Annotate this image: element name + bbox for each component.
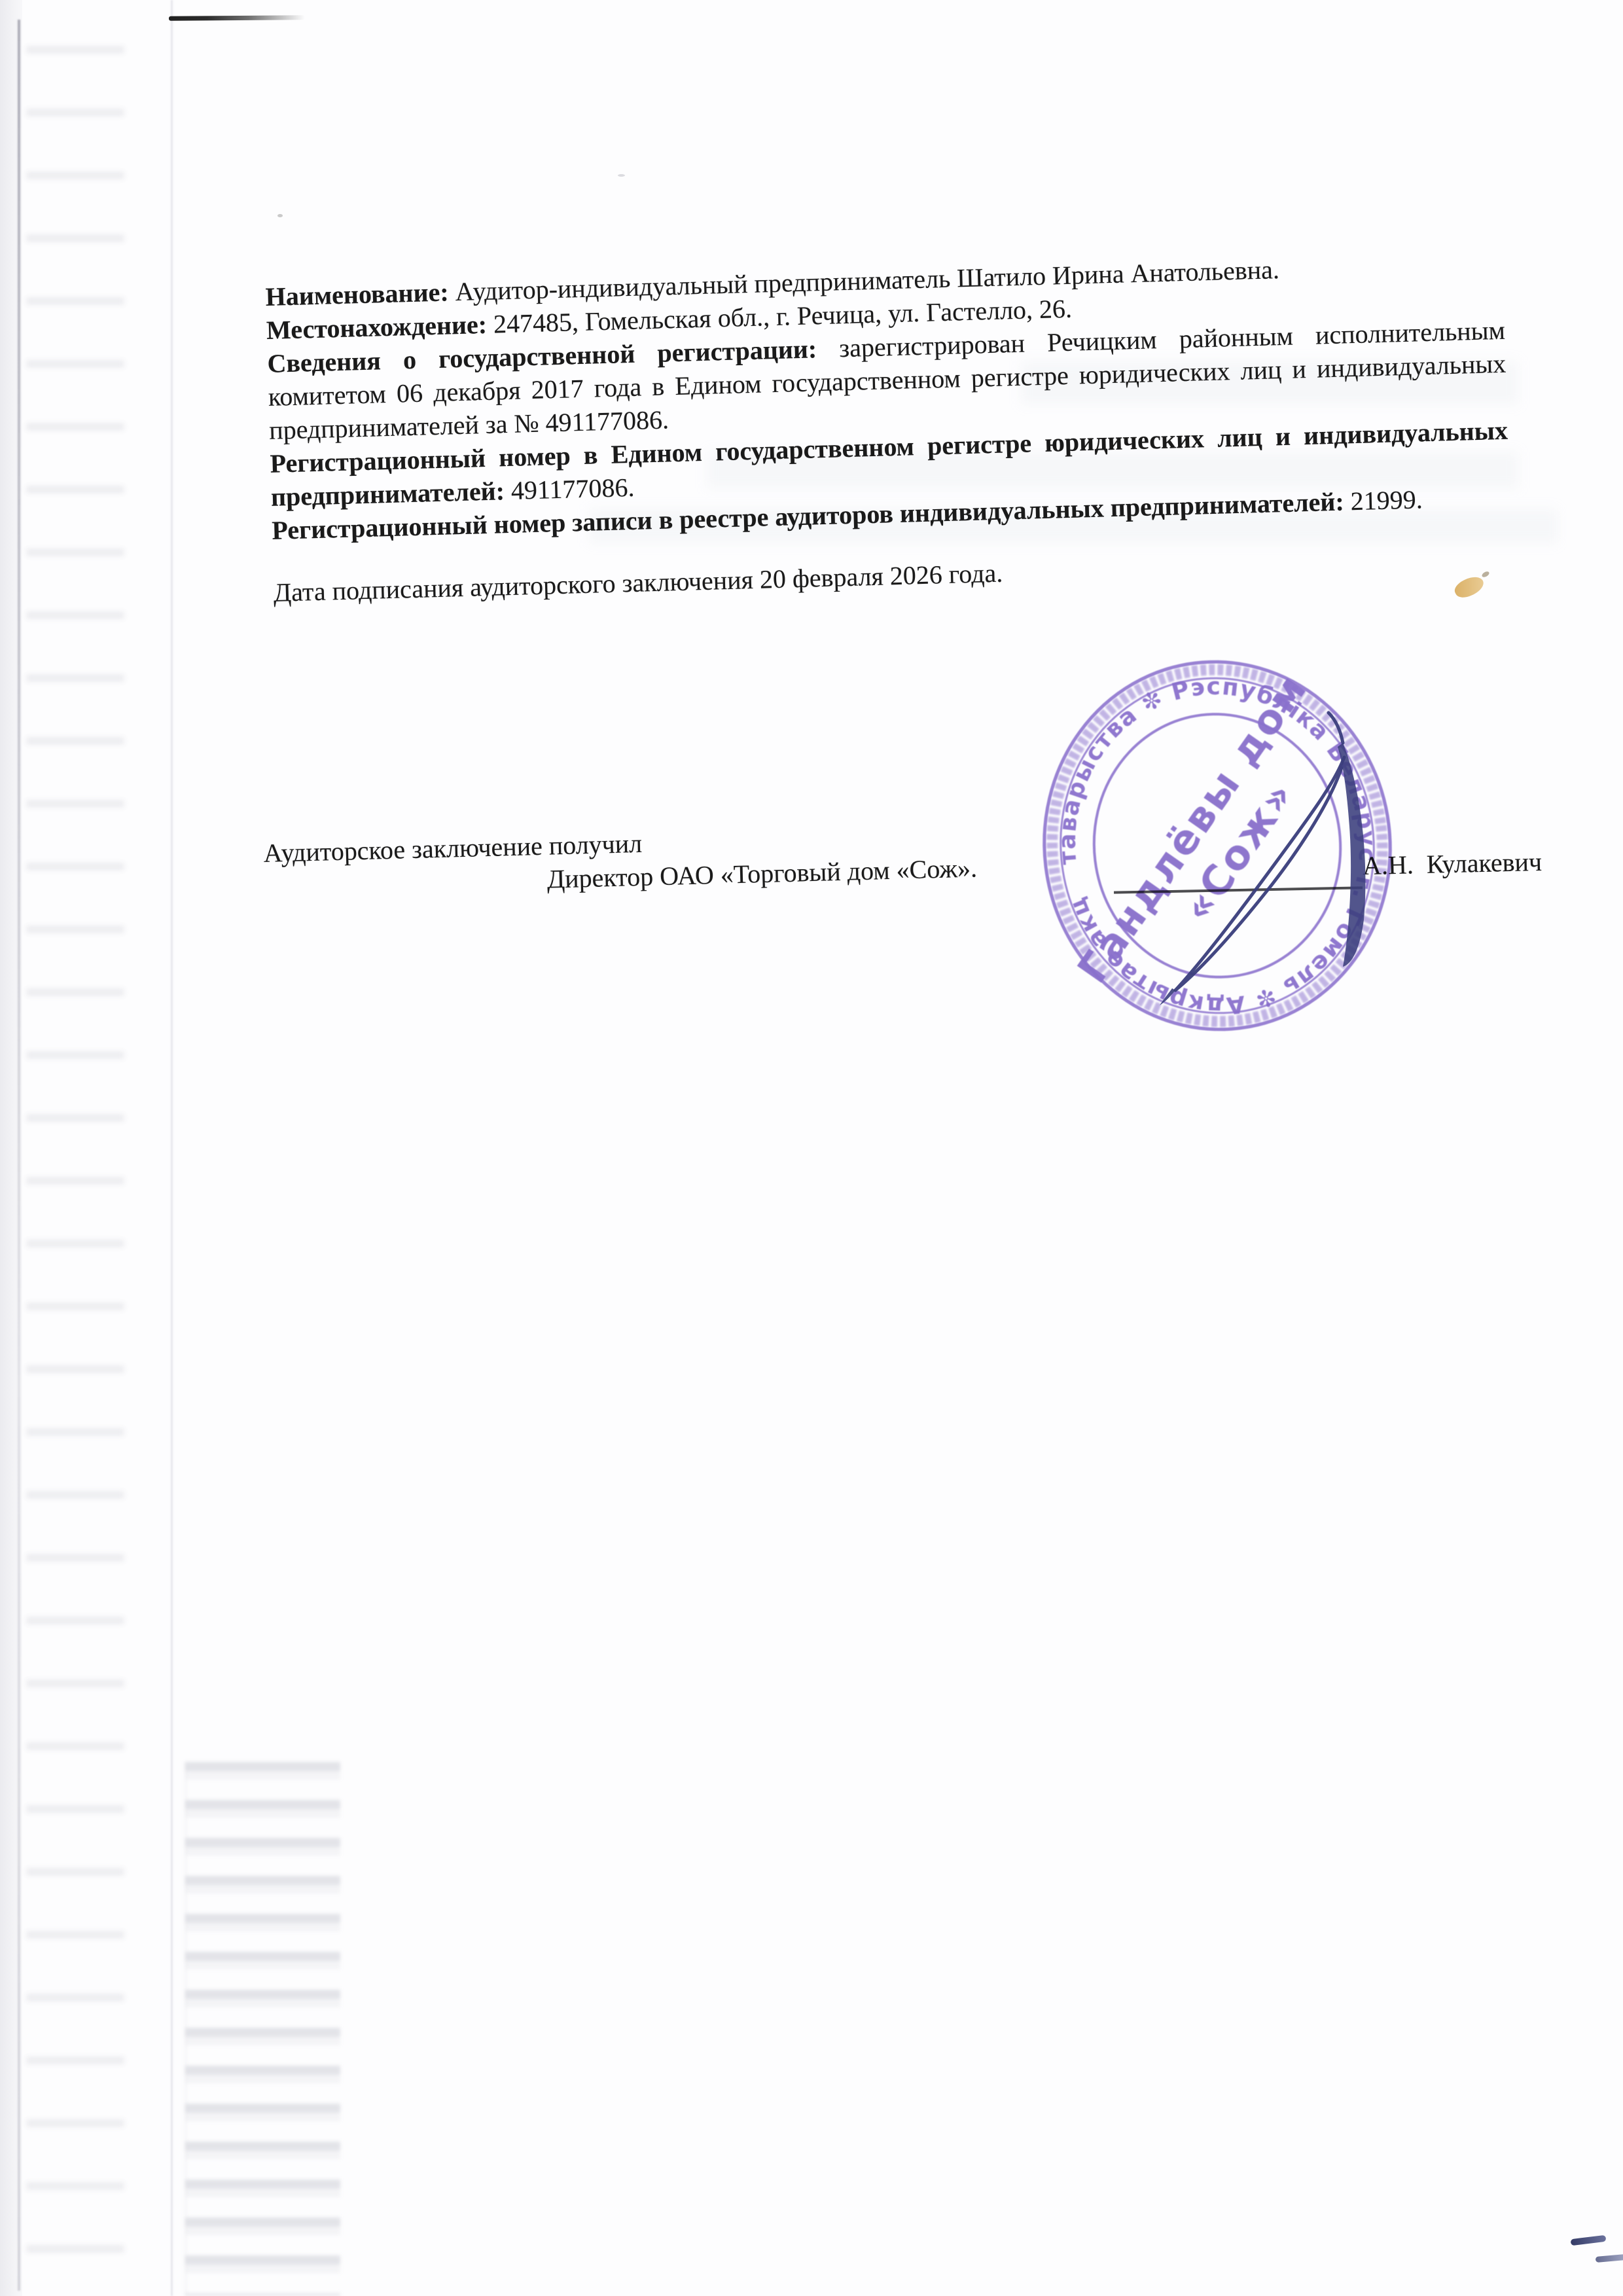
signing-date-line: Дата подписания аудиторского заключения … (273, 543, 1512, 609)
pen-signature (1008, 664, 1466, 1077)
signature-stroke (1175, 757, 1344, 990)
scan-speck (277, 214, 283, 217)
paragraph-label: Наименование: (265, 277, 449, 312)
scanned-document-page: Наименование: Аудитор-индивидуальный пре… (0, 0, 1623, 2296)
signature-tip (1160, 988, 1175, 1005)
signature-stroke (1175, 768, 1342, 990)
signature-flourish (1338, 743, 1365, 967)
pen-mark (1596, 2254, 1623, 2263)
scan-speck (618, 174, 625, 177)
paragraph-text: 21999. (1350, 484, 1423, 516)
paragraph-text: 491177086. (510, 473, 635, 505)
pen-mark (1571, 2235, 1607, 2246)
auditor-info-block: Наименование: Аудитор-индивидуальный пре… (265, 247, 1512, 609)
scan-line-artifact (169, 15, 305, 20)
signature-stroke (1329, 713, 1343, 743)
paragraph-label: Местонахождение: (266, 310, 487, 345)
ghost-table-bleedthrough (185, 1762, 340, 2296)
fold-line (171, 0, 173, 2296)
fold-line (18, 20, 20, 2291)
ghost-text-bleedthrough (26, 46, 124, 2284)
